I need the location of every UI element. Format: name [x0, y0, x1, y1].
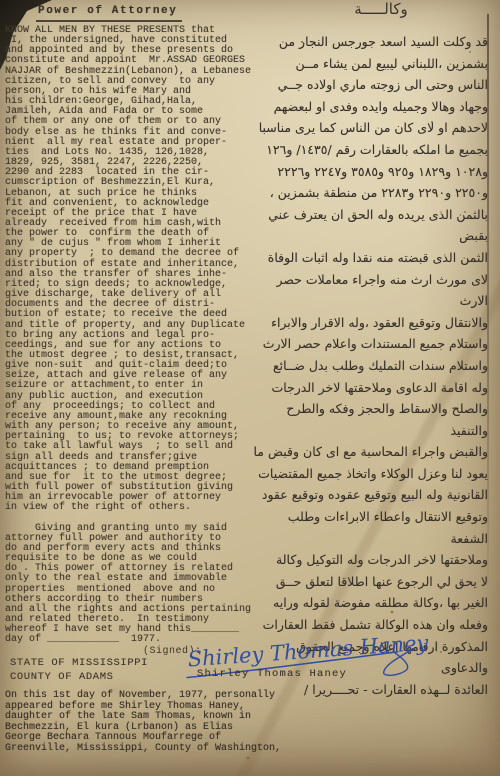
notary-paragraph: On this 1st day of November, 1977, perso…	[5, 691, 281, 754]
signature-script-text: Shirley Thomas Haney	[187, 631, 430, 672]
state-line: STATE OF MISSISSIPPI	[10, 656, 148, 670]
english-body-text: KNOW ALL MEN BY THESE PRESENTS that I, t…	[5, 26, 251, 646]
scanned-document: Power of Attorney وكالـــــة KNOW ALL ME…	[0, 0, 500, 776]
notary-state-county: STATE OF MISSISSIPPI COUNTY OF ADAMS	[10, 656, 148, 684]
arabic-body-text: قد وكلت السيد اسعد جورجس النجار من بشمزي…	[250, 31, 488, 700]
document-title-arabic: وكالـــــة	[333, 0, 429, 18]
county-line: COUNTY OF ADAMS	[10, 670, 148, 684]
signature-typed-name: Shirley Thomas Haney	[197, 668, 347, 680]
document-title: Power of Attorney	[36, 4, 182, 22]
